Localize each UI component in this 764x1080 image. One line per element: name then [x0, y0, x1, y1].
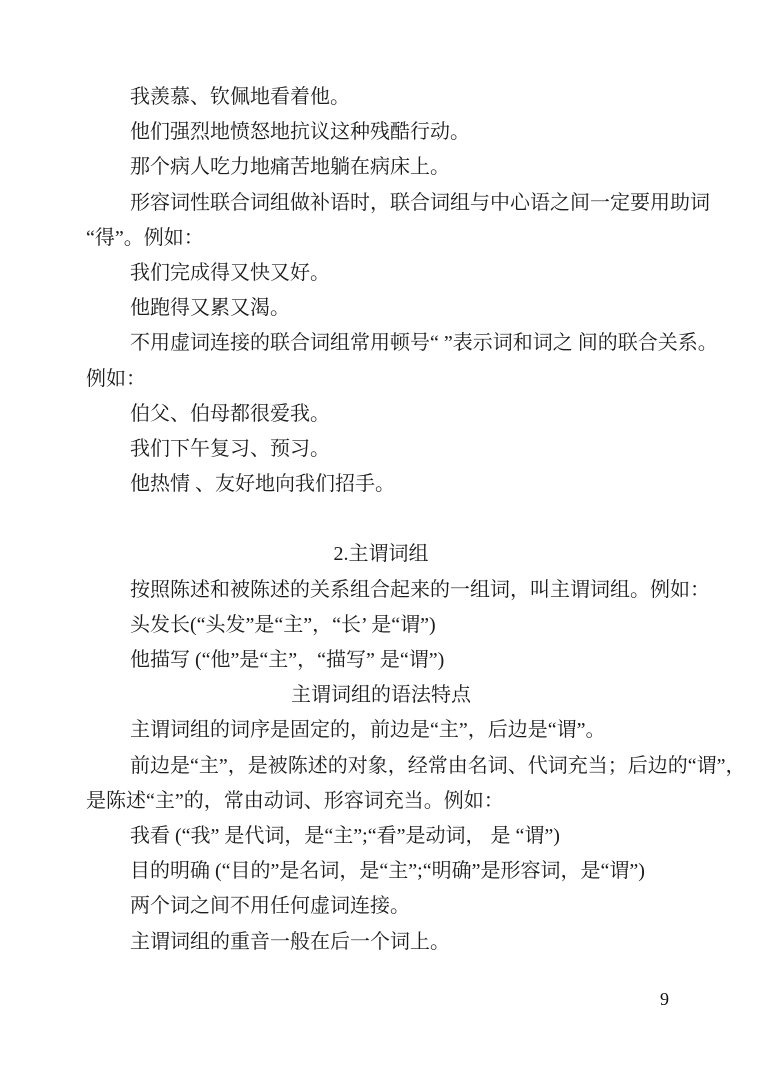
- text-line: 他描写 (“他”是“主”，“描写” 是“谓”): [86, 643, 676, 678]
- text-line: 他们强烈地愤怒地抗议这种残酷行动。: [86, 115, 676, 150]
- blank-line: [86, 502, 676, 537]
- text-line: 不用虚词连接的联合词组常用顿号“ ”表示词和词之 间的联合关系。: [86, 326, 676, 361]
- text-line: 目的明确 (“目的”是名词，是“主”;“明确”是形容词，是“谓”): [86, 854, 676, 889]
- text-line: 两个词之间不用任何虚词连接。: [86, 889, 676, 924]
- text-line: 伯父、伯母都很爱我。: [86, 397, 676, 432]
- text-line: 是陈述“主”的，常由动词、形容词充当。例如：: [86, 784, 676, 819]
- text-line: 例如：: [86, 362, 676, 397]
- text-line: 前边是“主”，是被陈述的对象，经常由名词、代词充当；后边的“谓”，: [86, 749, 676, 784]
- text-line: 我们下午复习、预习。: [86, 432, 676, 467]
- text-line: 主谓词组的重音一般在后一个词上。: [86, 925, 676, 960]
- text-line: 我们完成得又快又好。: [86, 256, 676, 291]
- text-line: 我羡慕、钦佩地看着他。: [86, 80, 676, 115]
- text-line: 他热情 、友好地向我们招手。: [86, 467, 676, 502]
- page-number: 9: [660, 988, 669, 1010]
- text-line: 我看 (“我” 是代词，是“主”;“看”是动词， 是 “谓”): [86, 819, 676, 854]
- text-line: 主谓词组的语法特点: [86, 678, 676, 713]
- text-line: 按照陈述和被陈述的关系组合起来的一组词，叫主谓词组。例如：: [86, 573, 676, 608]
- text-line: “得”。例如：: [86, 221, 676, 256]
- text-line: 他跑得又累又渴。: [86, 291, 676, 326]
- text-line: 主谓词组的词序是固定的，前边是“主”，后边是“谓”。: [86, 713, 676, 748]
- text-block: 我羡慕、钦佩地看着他。他们强烈地愤怒地抗议这种残酷行动。那个病人吃力地痛苦地躺在…: [86, 80, 676, 960]
- text-line: 那个病人吃力地痛苦地躺在病床上。: [86, 150, 676, 185]
- text-line: 头发长(“头发”是“主”，“长’ 是“谓”): [86, 608, 676, 643]
- document-page: 我羡慕、钦佩地看着他。他们强烈地愤怒地抗议这种残酷行动。那个病人吃力地痛苦地躺在…: [0, 0, 764, 1080]
- text-line: 2.主谓词组: [86, 537, 676, 572]
- text-line: 形容词性联合词组做补语时，联合词组与中心语之间一定要用助词: [86, 186, 676, 221]
